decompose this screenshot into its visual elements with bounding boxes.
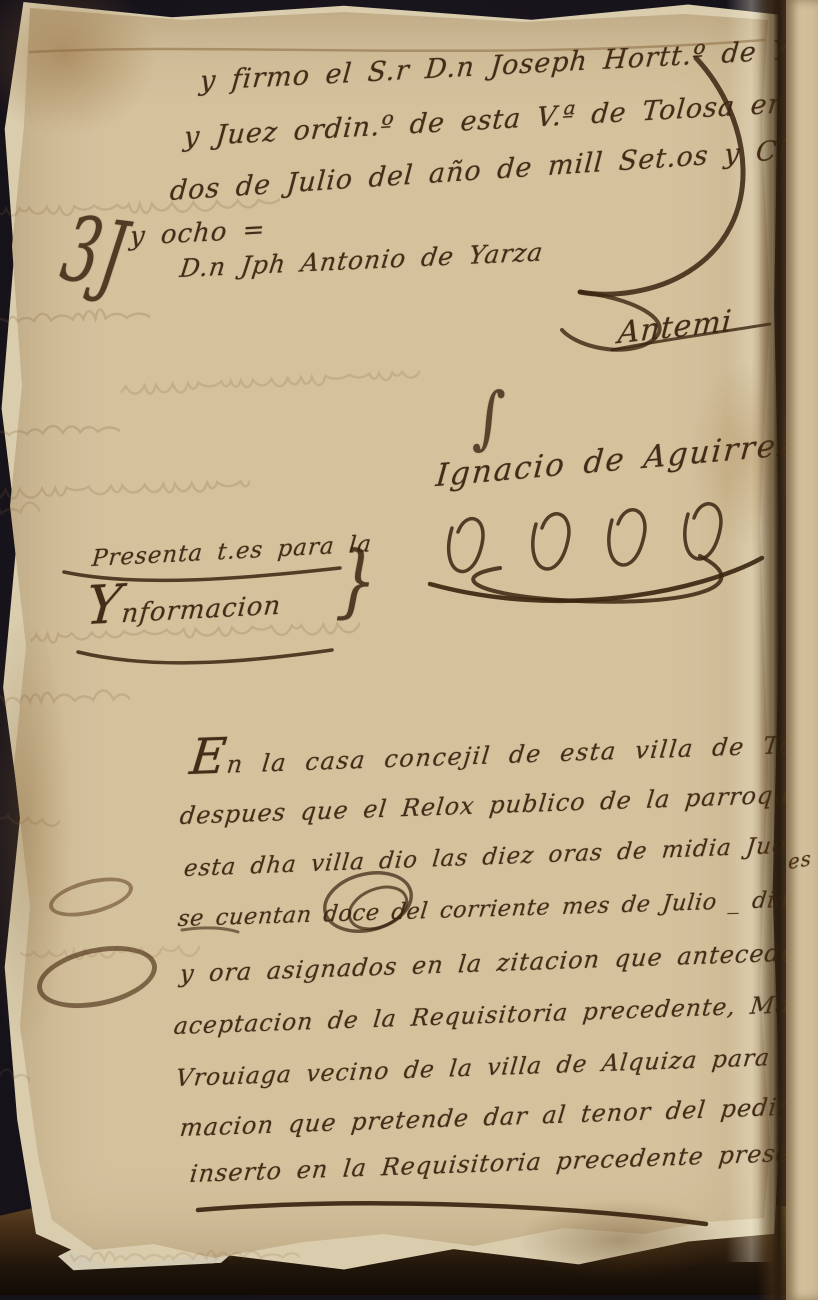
bottom-rule-line bbox=[198, 1203, 706, 1224]
rubric-sweep bbox=[473, 556, 721, 602]
margin-note-brace: } bbox=[334, 535, 379, 629]
rubric-loop bbox=[449, 519, 483, 572]
center-flourish: ∫ bbox=[471, 375, 508, 459]
adjacent-page-ink-fragment: es bbox=[788, 846, 813, 874]
rubric-loop bbox=[685, 504, 721, 559]
informacion-underline bbox=[78, 650, 332, 663]
manuscript-photo: y firmo el S.r D.n Joseph Hortt.º de Yar… bbox=[0, 0, 818, 1300]
adjacent-page-edge bbox=[786, 0, 818, 1300]
rubric-loop bbox=[609, 510, 645, 565]
rubric-loop bbox=[533, 514, 569, 569]
